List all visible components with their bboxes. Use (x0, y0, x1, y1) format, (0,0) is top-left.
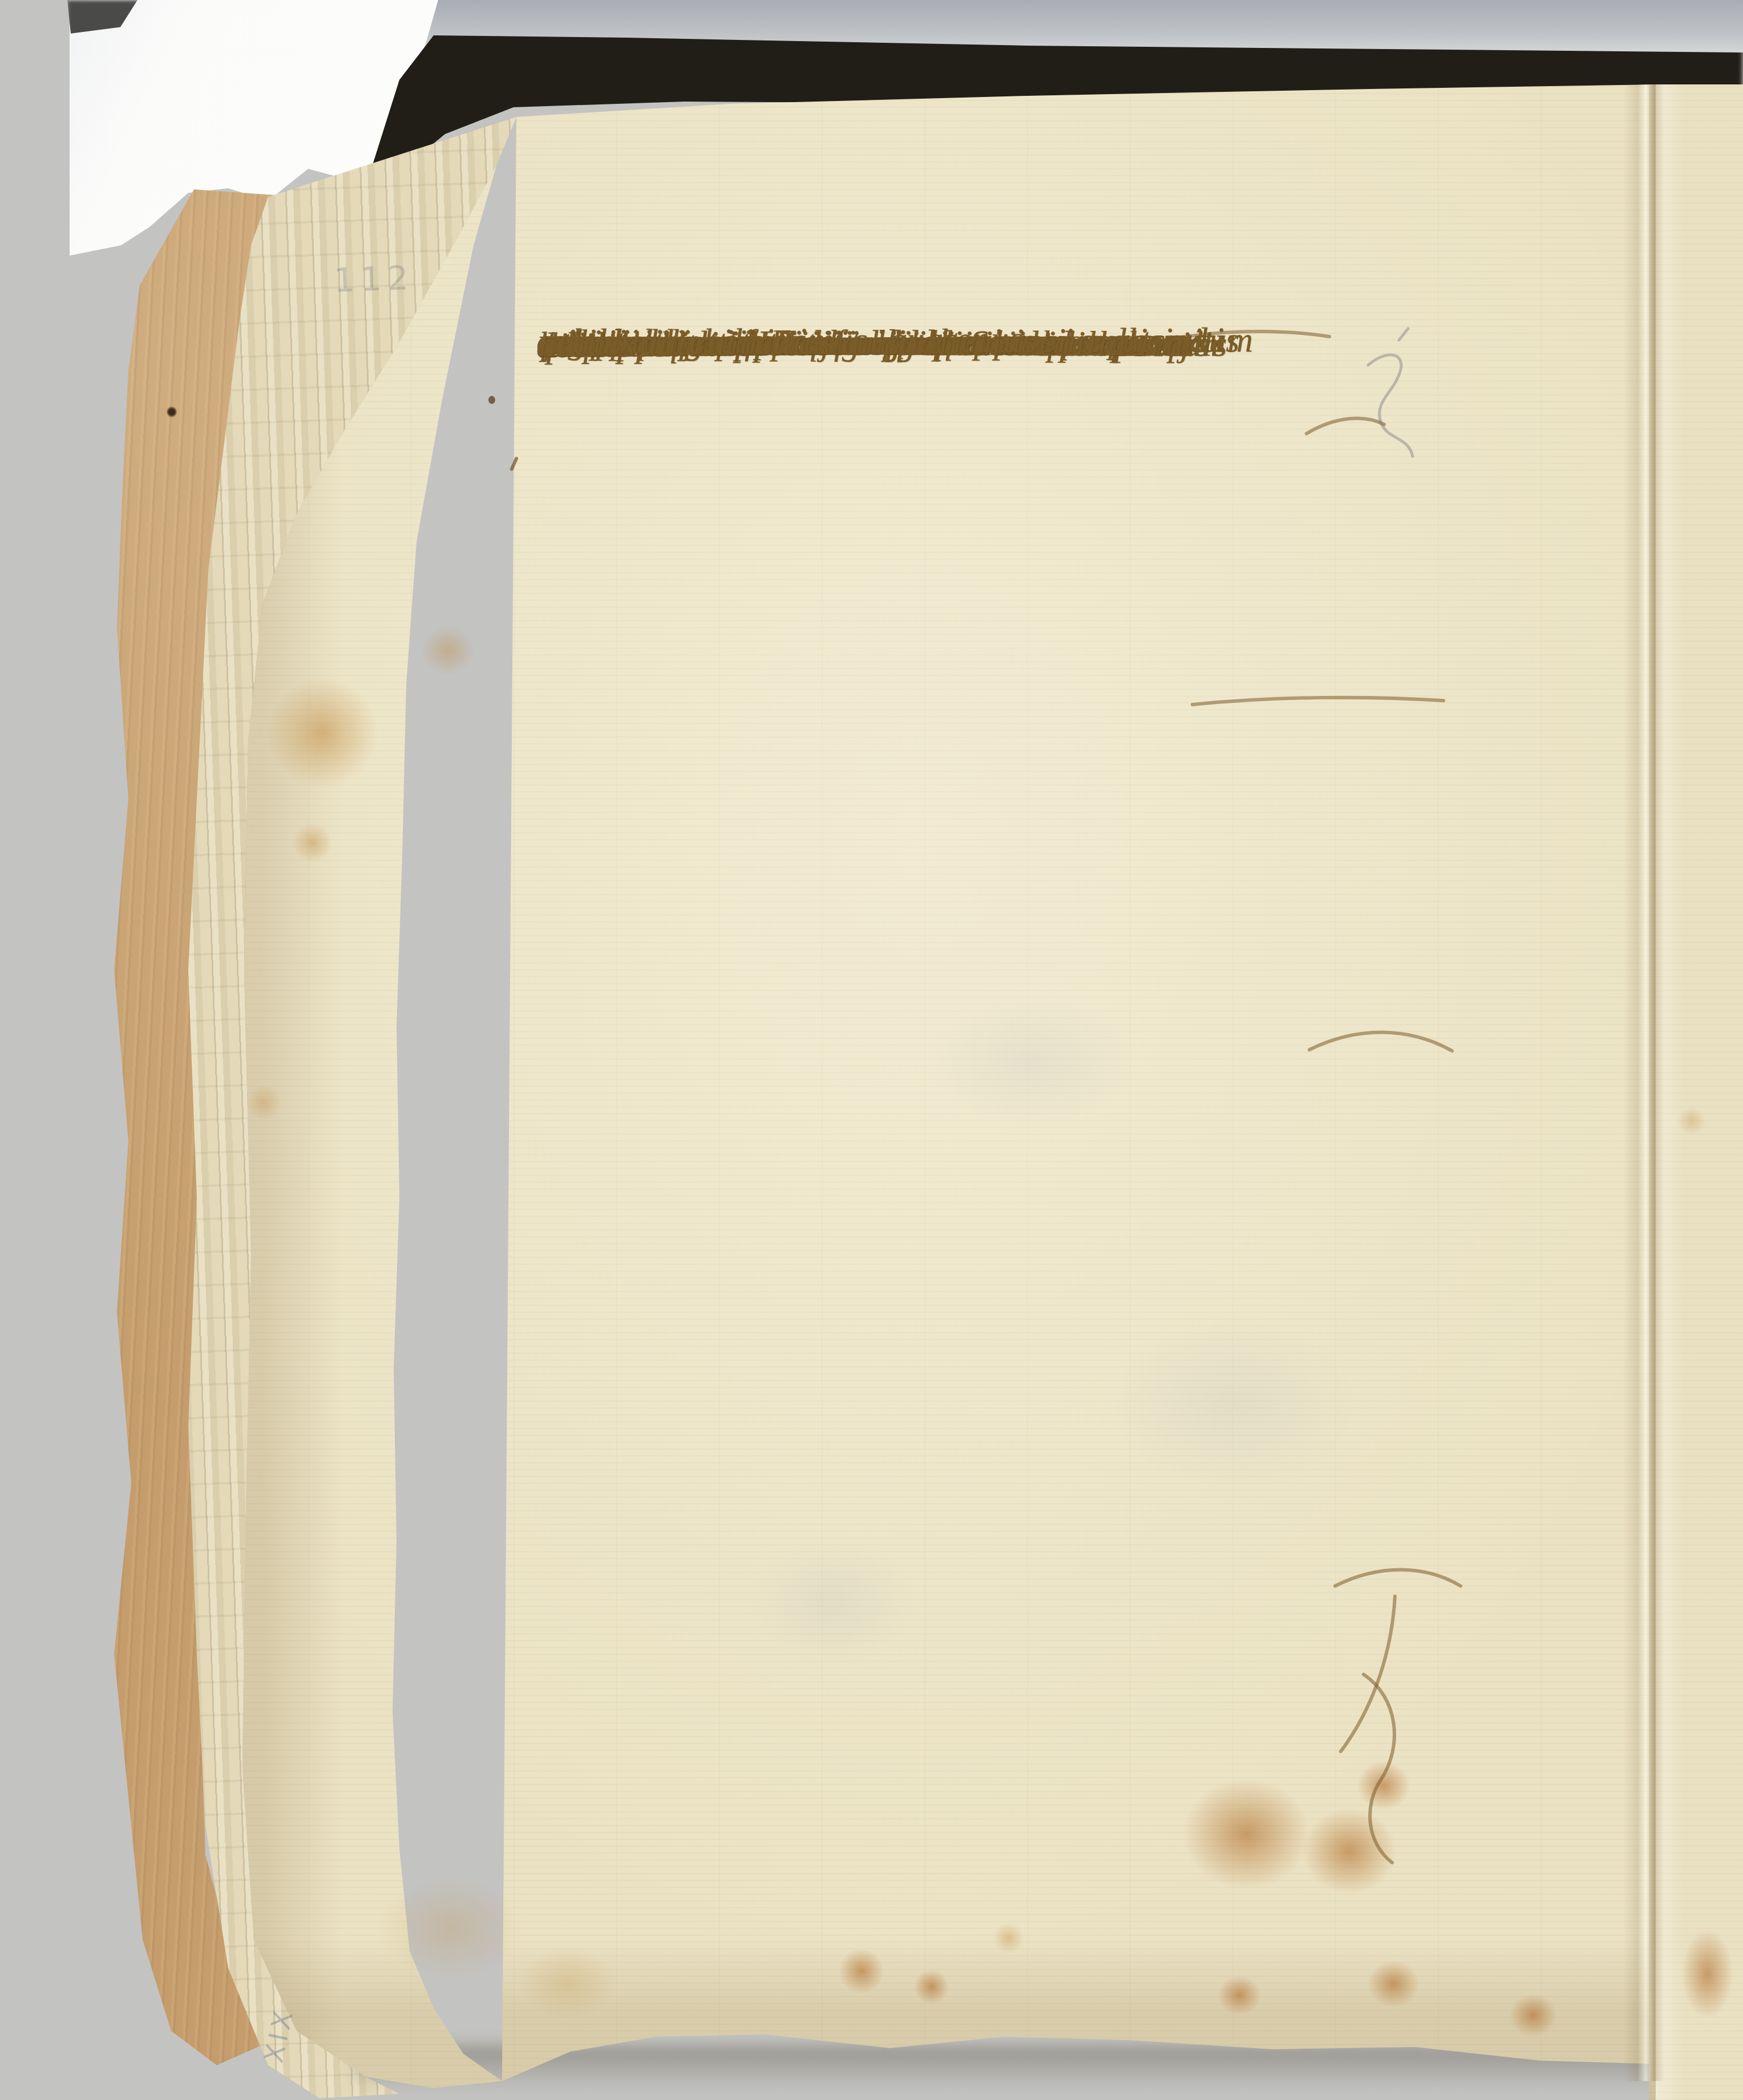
margin-pencil-mark (1399, 329, 1408, 340)
pen-flourishes-overlay (0, 0, 1743, 2100)
pen-flourish (1341, 1596, 1395, 1751)
scanned-manuscript-page: 112 XIX censemus discretionj vre aucte a… (0, 0, 1743, 2100)
margin-pencil-mark (1368, 355, 1413, 456)
pen-flourish (1161, 331, 1329, 341)
pen-flourish (1307, 418, 1384, 434)
pen-flourish (1309, 1032, 1452, 1051)
pen-flourish (1335, 1569, 1461, 1586)
pen-flourish (1192, 698, 1443, 705)
